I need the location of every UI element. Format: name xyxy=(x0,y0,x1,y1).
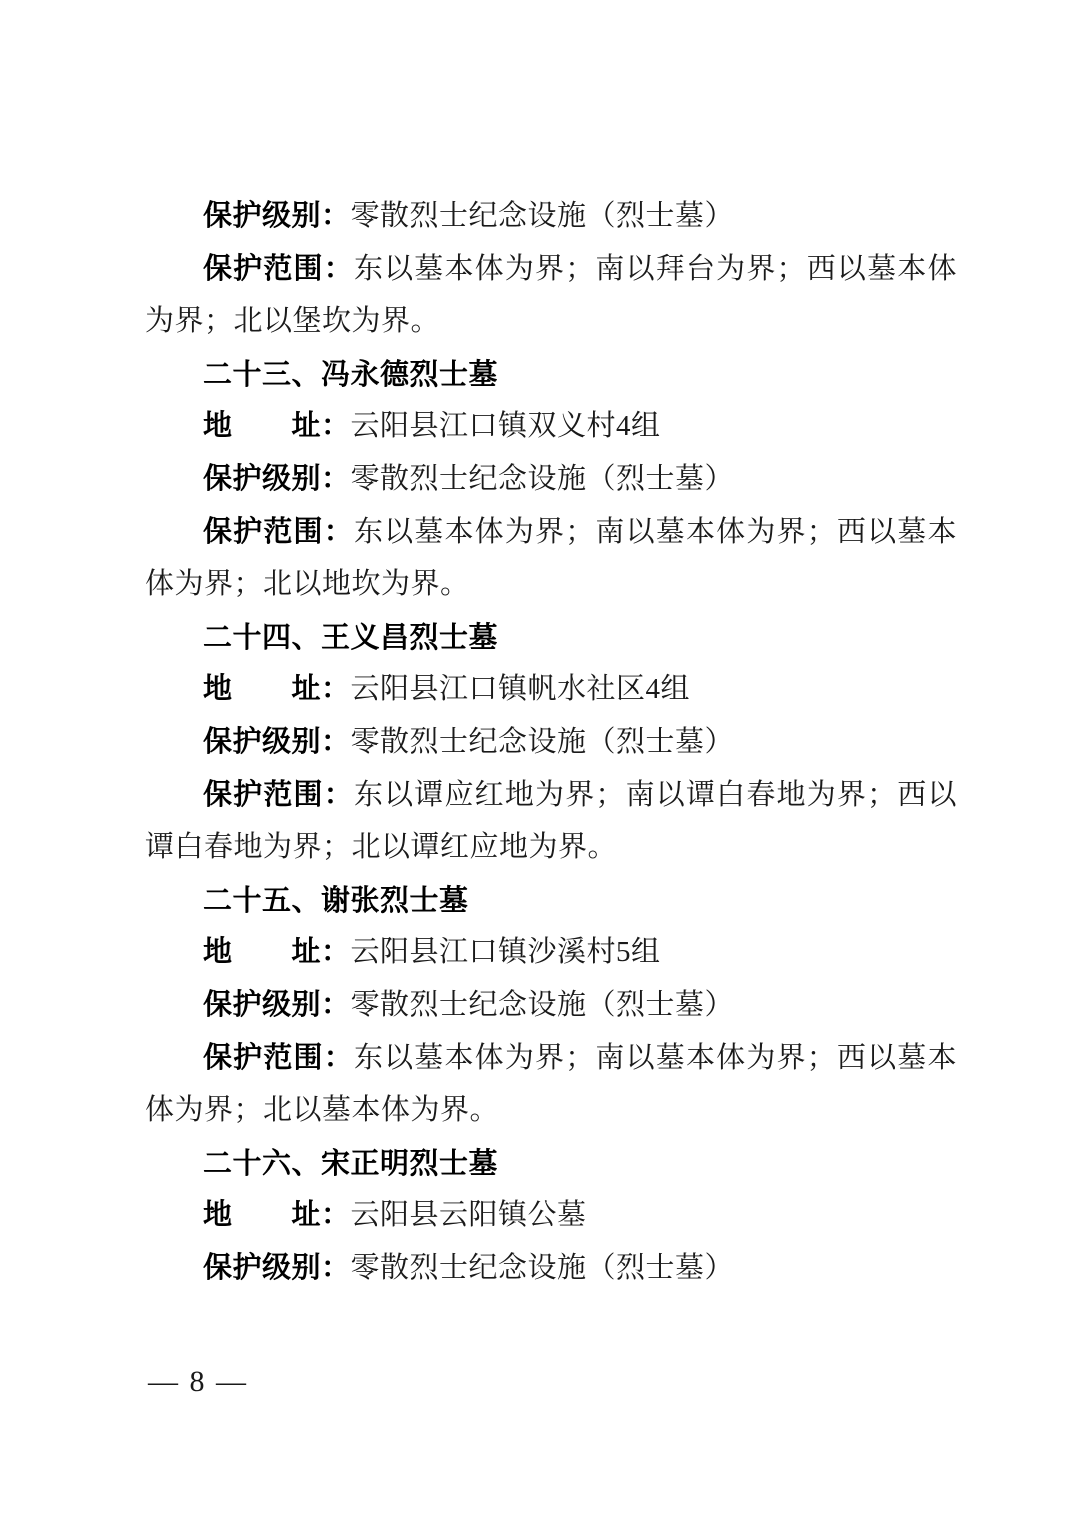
entry-heading-24: 二十四、王义昌烈士墓 xyxy=(145,611,957,664)
field-value: 零散烈士纪念设施（烈士墓） xyxy=(351,463,735,495)
field-label: 地 址： xyxy=(203,673,351,705)
field-value: 云阳县云阳镇公墓 xyxy=(351,1199,587,1231)
field-value: 云阳县江口镇双义村4组 xyxy=(351,410,661,442)
field-value: 云阳县江口镇帆水社区4组 xyxy=(351,673,691,705)
entry-23-field-protection-range: 保护范围：东以墓本体为界；南以墓本体为界；西以墓本体为界；北以地坎为界。 xyxy=(145,506,957,611)
field-label: 保护范围： xyxy=(203,253,354,285)
field-value: 零散烈士纪念设施（烈士墓） xyxy=(351,200,735,232)
field-label: 地 址： xyxy=(203,410,351,442)
field-value: 零散烈士纪念设施（烈士墓） xyxy=(351,1252,735,1284)
entry-heading-26: 二十六、宋正明烈士墓 xyxy=(145,1137,957,1190)
field-label: 保护范围： xyxy=(203,779,354,811)
field-label: 地 址： xyxy=(203,1199,351,1231)
field-label: 保护范围： xyxy=(203,516,354,548)
continued-field-protection-level: 保护级别：零散烈士纪念设施（烈士墓） xyxy=(145,190,957,243)
entry-23-field-address: 地 址：云阳县江口镇双义村4组 xyxy=(145,400,957,453)
entry-26-field-protection-level: 保护级别：零散烈士纪念设施（烈士墓） xyxy=(145,1242,957,1295)
page-number: — 8 — xyxy=(148,1362,248,1402)
field-label: 保护级别： xyxy=(203,726,351,758)
field-label: 地 址： xyxy=(203,936,351,968)
field-value: 零散烈士纪念设施（烈士墓） xyxy=(351,989,735,1021)
entry-24-field-protection-level: 保护级别：零散烈士纪念设施（烈士墓） xyxy=(145,716,957,769)
entry-25-field-protection-level: 保护级别：零散烈士纪念设施（烈士墓） xyxy=(145,979,957,1032)
entry-24-field-protection-range: 保护范围：东以谭应红地为界；南以谭白春地为界；西以谭白春地为界；北以谭红应地为界… xyxy=(145,769,957,874)
entry-25-field-address: 地 址：云阳县江口镇沙溪村5组 xyxy=(145,926,957,979)
field-value: 零散烈士纪念设施（烈士墓） xyxy=(351,726,735,758)
entry-23-field-protection-level: 保护级别：零散烈士纪念设施（烈士墓） xyxy=(145,453,957,506)
field-label: 保护范围： xyxy=(203,1042,354,1074)
document-page: 保护级别：零散烈士纪念设施（烈士墓） 保护范围：东以墓本体为界；南以拜台为界；西… xyxy=(0,0,1074,1520)
entry-26-field-address: 地 址：云阳县云阳镇公墓 xyxy=(145,1189,957,1242)
entry-heading-25: 二十五、谢张烈士墓 xyxy=(145,874,957,927)
field-label: 保护级别： xyxy=(203,989,351,1021)
field-value: 云阳县江口镇沙溪村5组 xyxy=(351,936,661,968)
continued-field-protection-range: 保护范围：东以墓本体为界；南以拜台为界；西以墓本体为界；北以堡坎为界。 xyxy=(145,243,957,348)
field-label: 保护级别： xyxy=(203,463,351,495)
field-label: 保护级别： xyxy=(203,1252,351,1284)
entry-heading-23: 二十三、冯永德烈士墓 xyxy=(145,348,957,401)
entry-24-field-address: 地 址：云阳县江口镇帆水社区4组 xyxy=(145,663,957,716)
document-body: 保护级别：零散烈士纪念设施（烈士墓） 保护范围：东以墓本体为界；南以拜台为界；西… xyxy=(145,190,957,1294)
field-label: 保护级别： xyxy=(203,200,351,232)
entry-25-field-protection-range: 保护范围：东以墓本体为界；南以墓本体为界；西以墓本体为界；北以墓本体为界。 xyxy=(145,1032,957,1137)
